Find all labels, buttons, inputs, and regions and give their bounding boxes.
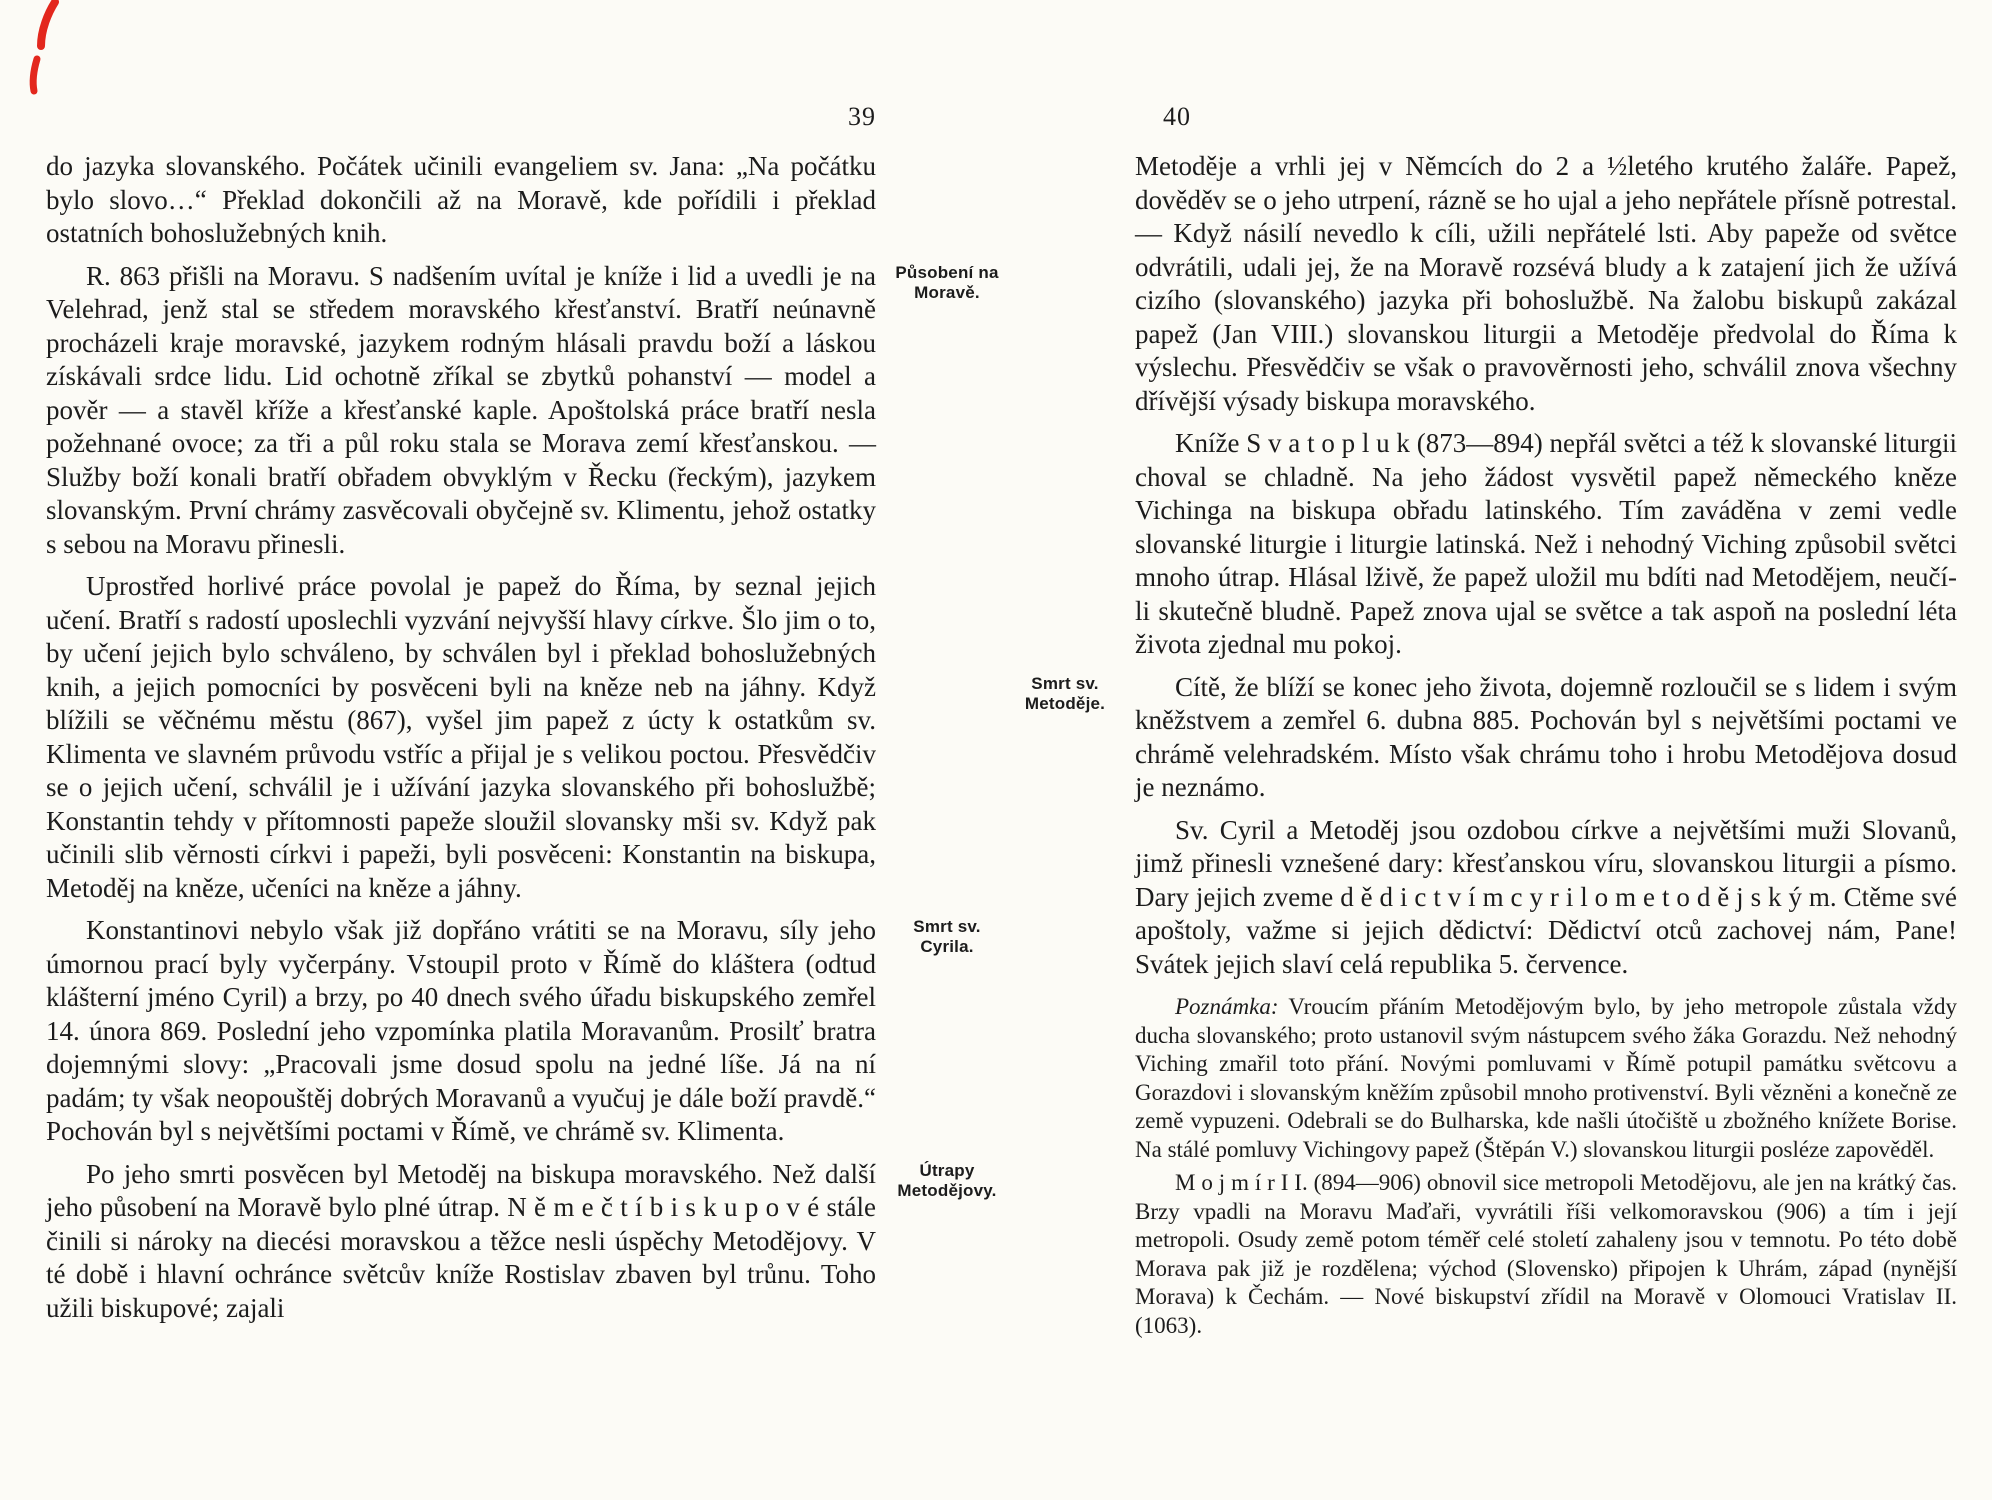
paragraph-text: do jazyka slovanského. Počátek učinili e… <box>46 151 876 248</box>
paragraph: Uprostřed horlivé práce povolal je papež… <box>46 570 876 905</box>
paragraph-text: Sv. Cyril a Metoděj jsou ozdobou církve … <box>1135 815 1957 979</box>
margin-note-line: Metoděje. <box>1009 694 1121 714</box>
paragraph: Sv. Cyril a Metoděj jsou ozdobou církve … <box>1135 814 1957 982</box>
book-scan: { "document": { "kind": "scanned book sp… <box>0 0 1992 1500</box>
footnote-lead: Poznámka: <box>1175 994 1278 1019</box>
margin-note-line: Metodějovy. <box>886 1181 1008 1201</box>
paragraph-text: Vroucím přáním Metodějovým bylo, by jeho… <box>1135 994 1957 1162</box>
margin-note-line: Působení na <box>886 263 1008 283</box>
red-pen-mark <box>10 0 74 100</box>
paragraph: Smrt sv. Cyrila. Konstantinovi nebylo vš… <box>46 914 876 1149</box>
page-39: do jazyka slovanského. Počátek učinili e… <box>46 150 876 1334</box>
margin-note: Smrt sv. Cyrila. <box>886 917 1008 957</box>
paragraph-text: Po jeho smrti posvěcen byl Metoděj na bi… <box>46 1159 876 1323</box>
red-pen-stroke-top <box>41 2 55 46</box>
page-40: Metoděje a vrhli jej v Němcích do 2 a ½l… <box>1135 150 1957 1345</box>
margin-note: Smrt sv. Metoděje. <box>1009 674 1121 714</box>
margin-note-line: Smrt sv. <box>886 917 1008 937</box>
margin-note-line: Útrapy <box>886 1161 1008 1181</box>
margin-note-line: Cyrila. <box>886 937 1008 957</box>
paragraph-text: Kníže S v a t o p l u k (873—894) nepřál… <box>1135 428 1957 659</box>
paragraph-text: Metoděje a vrhli jej v Němcích do 2 a ½l… <box>1135 151 1957 416</box>
margin-note-line: Moravě. <box>886 283 1008 303</box>
paragraph-footnote: M o j m í r I I. (894—906) obnovil sice … <box>1135 1169 1957 1340</box>
red-pen-stroke-bottom <box>33 59 37 91</box>
margin-note: Působení na Moravě. <box>886 263 1008 303</box>
paragraph: Útrapy Metodějovy. Po jeho smrti posvěce… <box>46 1158 876 1326</box>
paragraph: do jazyka slovanského. Počátek učinili e… <box>46 150 876 251</box>
margin-note-line: Smrt sv. <box>1009 674 1121 694</box>
paragraph-text: Uprostřed horlivé práce povolal je papež… <box>46 571 876 903</box>
paragraph: Smrt sv. Metoděje. Cítě, že blíží se kon… <box>1135 671 1957 805</box>
paragraph-text: M o j m í r I I. (894—906) obnovil sice … <box>1135 1170 1957 1338</box>
paragraph-text: R. 863 přišli na Moravu. S nadšením uvít… <box>46 261 876 559</box>
page-number-39: 39 <box>46 102 876 132</box>
paragraph: Kníže S v a t o p l u k (873—894) nepřál… <box>1135 427 1957 662</box>
page-number-40: 40 <box>1163 102 1191 132</box>
paragraph-footnote: Poznámka: Vroucím přáním Metodějovým byl… <box>1135 993 1957 1164</box>
paragraph-text: Konstantinovi nebylo však již dopřáno vr… <box>46 915 876 1146</box>
margin-note: Útrapy Metodějovy. <box>886 1161 1008 1201</box>
paragraph-text: Cítě, že blíží se konec jeho života, doj… <box>1135 672 1957 803</box>
paragraph: Metoděje a vrhli jej v Němcích do 2 a ½l… <box>1135 150 1957 418</box>
paragraph: Působení na Moravě. R. 863 přišli na Mor… <box>46 260 876 562</box>
